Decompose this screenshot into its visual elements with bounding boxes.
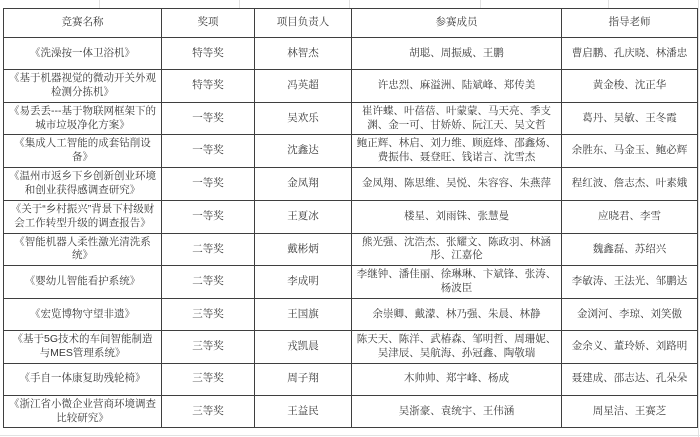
cell-competition-name: 《婴幼儿智能看护系统》 bbox=[4, 266, 162, 299]
cell-project-leader: 李成明 bbox=[255, 266, 352, 299]
cell-advisors: 聂建成、邵志达、孔朵朵 bbox=[562, 363, 698, 395]
gridline bbox=[99, 0, 100, 8]
cell-award: 一等奖 bbox=[162, 102, 255, 135]
table-row: 《宏览博物守望非遗》三等奖王国旗余崇卿、戴濛、林乃强、朱晨、林静金浏河、李琼、刘… bbox=[4, 299, 698, 331]
cell-team-members: 木帅帅、郑宇峰、杨成 bbox=[352, 363, 562, 395]
cell-award: 一等奖 bbox=[162, 135, 255, 168]
table-row: 《基于机器视觉的微动开关外观检测分拣机》特等奖冯英超许忠烈、麻溢洲、陆斌峰、郑传… bbox=[4, 70, 698, 103]
cell-advisors: 李敏涛、王法光、邹鹏达 bbox=[562, 266, 698, 299]
cell-project-leader: 吴欢乐 bbox=[255, 102, 352, 135]
cell-team-members: 许忠烈、麻溢洲、陆斌峰、郑传美 bbox=[352, 70, 562, 103]
cell-competition-name: 《智能机器人柔性激光清洗系统》 bbox=[4, 233, 162, 266]
table-row: 《智能机器人柔性激光清洗系统》二等奖戴彬炳熊光强、沈浩杰、张耀文、陈政羽、林涵彤… bbox=[4, 233, 698, 266]
cell-team-members: 余崇卿、戴濛、林乃强、朱晨、林静 bbox=[352, 299, 562, 331]
table-row: 《关于“乡村振兴”背景下村级财会工作转型升级的调查报告》一等奖王夏冰楼星、刘雨铢… bbox=[4, 200, 698, 233]
header-row: 竞赛名称奖项项目负责人参赛成员指导老师 bbox=[4, 9, 698, 38]
cell-award: 二等奖 bbox=[162, 233, 255, 266]
cell-advisors: 程红波、詹志杰、叶素娥 bbox=[562, 168, 698, 201]
cell-award: 三等奖 bbox=[162, 395, 255, 428]
cell-project-leader: 冯英超 bbox=[255, 70, 352, 103]
cell-award: 三等奖 bbox=[162, 299, 255, 331]
cell-competition-name: 《浙江省小微企业营商环境调查比较研究》 bbox=[4, 395, 162, 428]
cell-award: 特等奖 bbox=[162, 38, 255, 70]
cell-team-members: 熊光强、沈浩杰、张耀文、陈政羽、林涵彤、江嘉伦 bbox=[352, 233, 562, 266]
column-header: 参赛成员 bbox=[352, 9, 562, 38]
cell-project-leader: 王夏冰 bbox=[255, 200, 352, 233]
cell-advisors: 应晓君、李雪 bbox=[562, 200, 698, 233]
table-row: 《易丢丢---基于物联网框架下的城市垃圾净化方案》一等奖吴欢乐崔许蝶、叶蓓蓓、叶… bbox=[4, 102, 698, 135]
cell-advisors: 黄金梭、沈正华 bbox=[562, 70, 698, 103]
gridline bbox=[480, 0, 481, 8]
cell-project-leader: 王益民 bbox=[255, 395, 352, 428]
cell-advisors: 魏鑫磊、苏绍兴 bbox=[562, 233, 698, 266]
cell-competition-name: 《基于5G技术的车间智能制造与MES管理系统》 bbox=[4, 331, 162, 364]
cell-project-leader: 金凤翔 bbox=[255, 168, 352, 201]
table-row: 《手自一体康复助残轮椅》三等奖周子翔木帅帅、郑宇峰、杨成聂建成、邵志达、孔朵朵 bbox=[4, 363, 698, 395]
table-row: 《集成人工智能的成套钻削设备》一等奖沈鑫达鲍正辉、林启、刘力维、顾庭烽、邵鑫炀、… bbox=[4, 135, 698, 168]
cell-team-members: 李继钟、潘佳丽、徐琳琳、卞斌锋、张涛、杨波臣 bbox=[352, 266, 562, 299]
table-row: 《浙江省小微企业营商环境调查比较研究》三等奖王益民吴浙豪、袁统宇、王伟涵周星洁、… bbox=[4, 395, 698, 428]
cell-competition-name: 《集成人工智能的成套钻削设备》 bbox=[4, 135, 162, 168]
cell-advisors: 余胜东、马金玉、鲍必辉 bbox=[562, 135, 698, 168]
cell-competition-name: 《易丢丢---基于物联网框架下的城市垃圾净化方案》 bbox=[4, 102, 162, 135]
cell-advisors: 周星洁、王赛芝 bbox=[562, 395, 698, 428]
cell-award: 一等奖 bbox=[162, 200, 255, 233]
cell-advisors: 金浏河、李琼、刘笑傲 bbox=[562, 299, 698, 331]
cell-award: 一等奖 bbox=[162, 168, 255, 201]
column-header: 项目负责人 bbox=[255, 9, 352, 38]
table-row: 《洗澡按一体卫浴机》特等奖林智杰胡聪、周振威、王鹏曹启鹏、孔庆晓、林潘忠 bbox=[4, 38, 698, 70]
cell-team-members: 陈天天、陈洋、武椿森、邹明哲、周珊妮、吴津辰、吴航海、孙冠鑫、陶敬瑞 bbox=[352, 331, 562, 364]
cell-team-members: 金凤翔、陈思维、吴悦、朱容容、朱燕萍 bbox=[352, 168, 562, 201]
cell-award: 二等奖 bbox=[162, 266, 255, 299]
competition-awards-table: 竞赛名称奖项项目负责人参赛成员指导老师 《洗澡按一体卫浴机》特等奖林智杰胡聪、周… bbox=[3, 8, 698, 428]
cell-competition-name: 《手自一体康复助残轮椅》 bbox=[4, 363, 162, 395]
cell-team-members: 楼星、刘雨铢、张慧曼 bbox=[352, 200, 562, 233]
cell-award: 特等奖 bbox=[162, 70, 255, 103]
cell-award: 三等奖 bbox=[162, 363, 255, 395]
column-header: 奖项 bbox=[162, 9, 255, 38]
column-header: 竞赛名称 bbox=[4, 9, 162, 38]
cell-project-leader: 王国旗 bbox=[255, 299, 352, 331]
document-page: 竞赛名称奖项项目负责人参赛成员指导老师 《洗澡按一体卫浴机》特等奖林智杰胡聪、周… bbox=[0, 0, 700, 437]
cell-advisors: 金余义、董玲娇、刘路明 bbox=[562, 331, 698, 364]
cell-project-leader: 戎凯晨 bbox=[255, 331, 352, 364]
cell-team-members: 吴浙豪、袁统宇、王伟涵 bbox=[352, 395, 562, 428]
cell-competition-name: 《关于“乡村振兴”背景下村级财会工作转型升级的调查报告》 bbox=[4, 200, 162, 233]
cell-team-members: 崔许蝶、叶蓓蓓、叶蒙蒙、马天亮、季支渊、金一可、甘娇娇、阮江天、吴文哲 bbox=[352, 102, 562, 135]
gridline bbox=[608, 0, 609, 8]
cell-advisors: 葛丹、吴敏、王冬霞 bbox=[562, 102, 698, 135]
cell-project-leader: 沈鑫达 bbox=[255, 135, 352, 168]
cell-award: 三等奖 bbox=[162, 331, 255, 364]
cell-competition-name: 《温州市返乡下乡创新创业环境和创业获得感调查研究》 bbox=[4, 168, 162, 201]
cell-team-members: 胡聪、周振威、王鹏 bbox=[352, 38, 562, 70]
cell-advisors: 曹启鹏、孔庆晓、林潘忠 bbox=[562, 38, 698, 70]
gridline bbox=[0, 435, 700, 436]
column-header: 指导老师 bbox=[562, 9, 698, 38]
cell-competition-name: 《基于机器视觉的微动开关外观检测分拣机》 bbox=[4, 70, 162, 103]
cell-team-members: 鲍正辉、林启、刘力维、顾庭烽、邵鑫炀、费振伟、聂登旺、钱诺言、沈雪杰 bbox=[352, 135, 562, 168]
cell-competition-name: 《宏览博物守望非遗》 bbox=[4, 299, 162, 331]
cell-project-leader: 戴彬炳 bbox=[255, 233, 352, 266]
cell-project-leader: 周子翔 bbox=[255, 363, 352, 395]
table-row: 《基于5G技术的车间智能制造与MES管理系统》三等奖戎凯晨陈天天、陈洋、武椿森、… bbox=[4, 331, 698, 364]
table-row: 《温州市返乡下乡创新创业环境和创业获得感调查研究》一等奖金凤翔金凤翔、陈思维、吴… bbox=[4, 168, 698, 201]
gridline bbox=[239, 0, 240, 8]
gridline bbox=[698, 0, 699, 437]
gridline bbox=[349, 0, 350, 8]
cell-project-leader: 林智杰 bbox=[255, 38, 352, 70]
cell-competition-name: 《洗澡按一体卫浴机》 bbox=[4, 38, 162, 70]
table-row: 《婴幼儿智能看护系统》二等奖李成明李继钟、潘佳丽、徐琳琳、卞斌锋、张涛、杨波臣李… bbox=[4, 266, 698, 299]
